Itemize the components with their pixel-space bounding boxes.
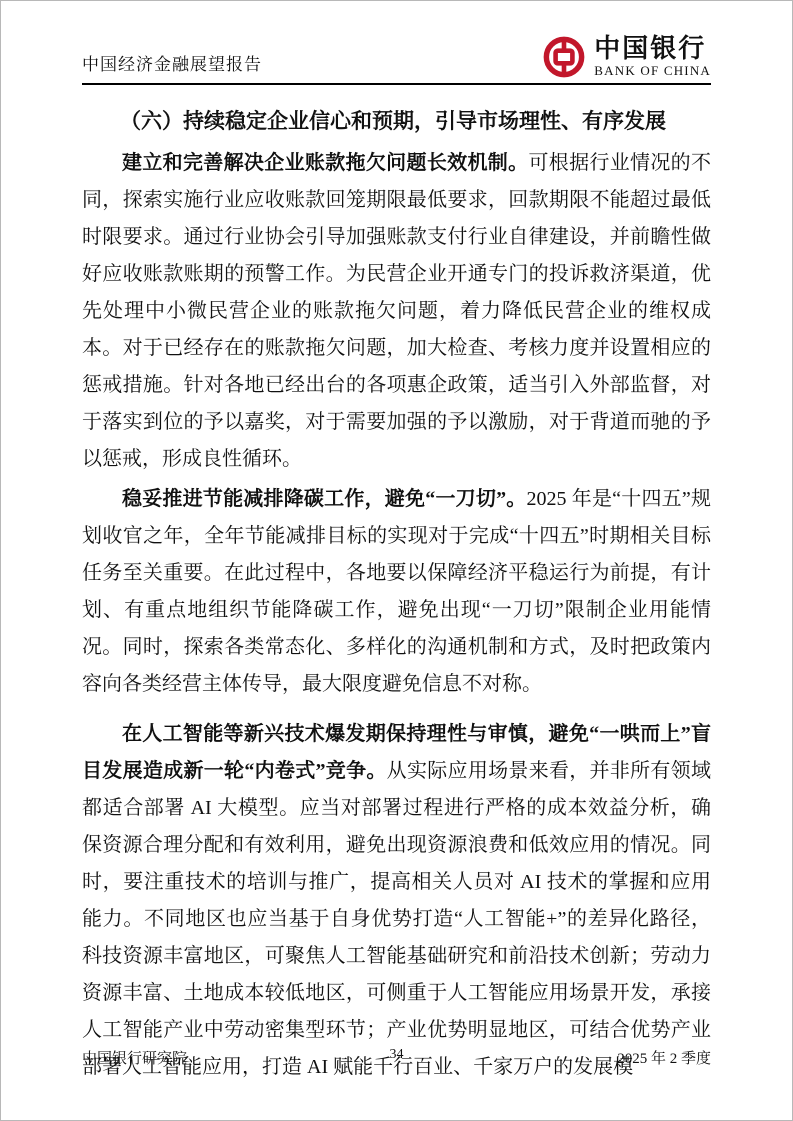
report-title: 中国经济金融展望报告: [82, 50, 262, 78]
paragraph-body-text: 可根据行业情况的不同，探索实施行业应收账款回笼期限最低要求，回款期限不能超过最低…: [82, 152, 711, 470]
paragraph-ai-technology: 在人工智能等新兴技术爆发期保持理性与审慎，避免“一哄而上”盲目发展造成新一轮“内…: [82, 716, 711, 1086]
page-footer: 中国银行研究院 34 2025 年 2 季度: [82, 1047, 711, 1068]
footer-edition: 2025 年 2 季度: [617, 1047, 711, 1068]
logo-name-cn: 中国银行: [594, 35, 706, 63]
paragraph-lead-bold: 稳妥推进节能减排降碳工作，避免“一刀切”。: [122, 488, 527, 510]
paragraph-body-text: 2025 年是“十四五”规划收官之年，全年节能减排目标的实现对于完成“十四五”时…: [82, 488, 711, 695]
bank-of-china-coin-emblem-icon: [543, 36, 585, 78]
paragraph-body-text: 从实际应用场景来看，并非所有领域都适合部署 AI 大模型。应当对部署过程进行严格…: [82, 760, 711, 1078]
section-heading: （六）持续稳定企业信心和预期，引导市场理性、有序发展: [82, 107, 711, 137]
report-page: 中国经济金融展望报告 中国银行 BANK OF CHINA （六）持续稳定企业信…: [0, 0, 793, 1121]
paragraph-energy-saving: 稳妥推进节能减排降碳工作，避免“一刀切”。2025 年是“十四五”规划收官之年，…: [82, 481, 711, 703]
logo-name-en: BANK OF CHINA: [594, 63, 711, 78]
footer-institute: 中国银行研究院: [82, 1047, 187, 1068]
bank-of-china-logo: 中国银行 BANK OF CHINA: [543, 35, 711, 78]
page-number: 34: [390, 1047, 404, 1063]
page-header: 中国经济金融展望报告 中国银行 BANK OF CHINA: [82, 1, 711, 85]
logo-wordmark: 中国银行 BANK OF CHINA: [594, 35, 711, 78]
paragraph-accounts-arrears: 建立和完善解决企业账款拖欠问题长效机制。可根据行业情况的不同，探索实施行业应收账…: [82, 145, 711, 478]
paragraph-lead-bold: 建立和完善解决企业账款拖欠问题长效机制。: [122, 152, 528, 174]
